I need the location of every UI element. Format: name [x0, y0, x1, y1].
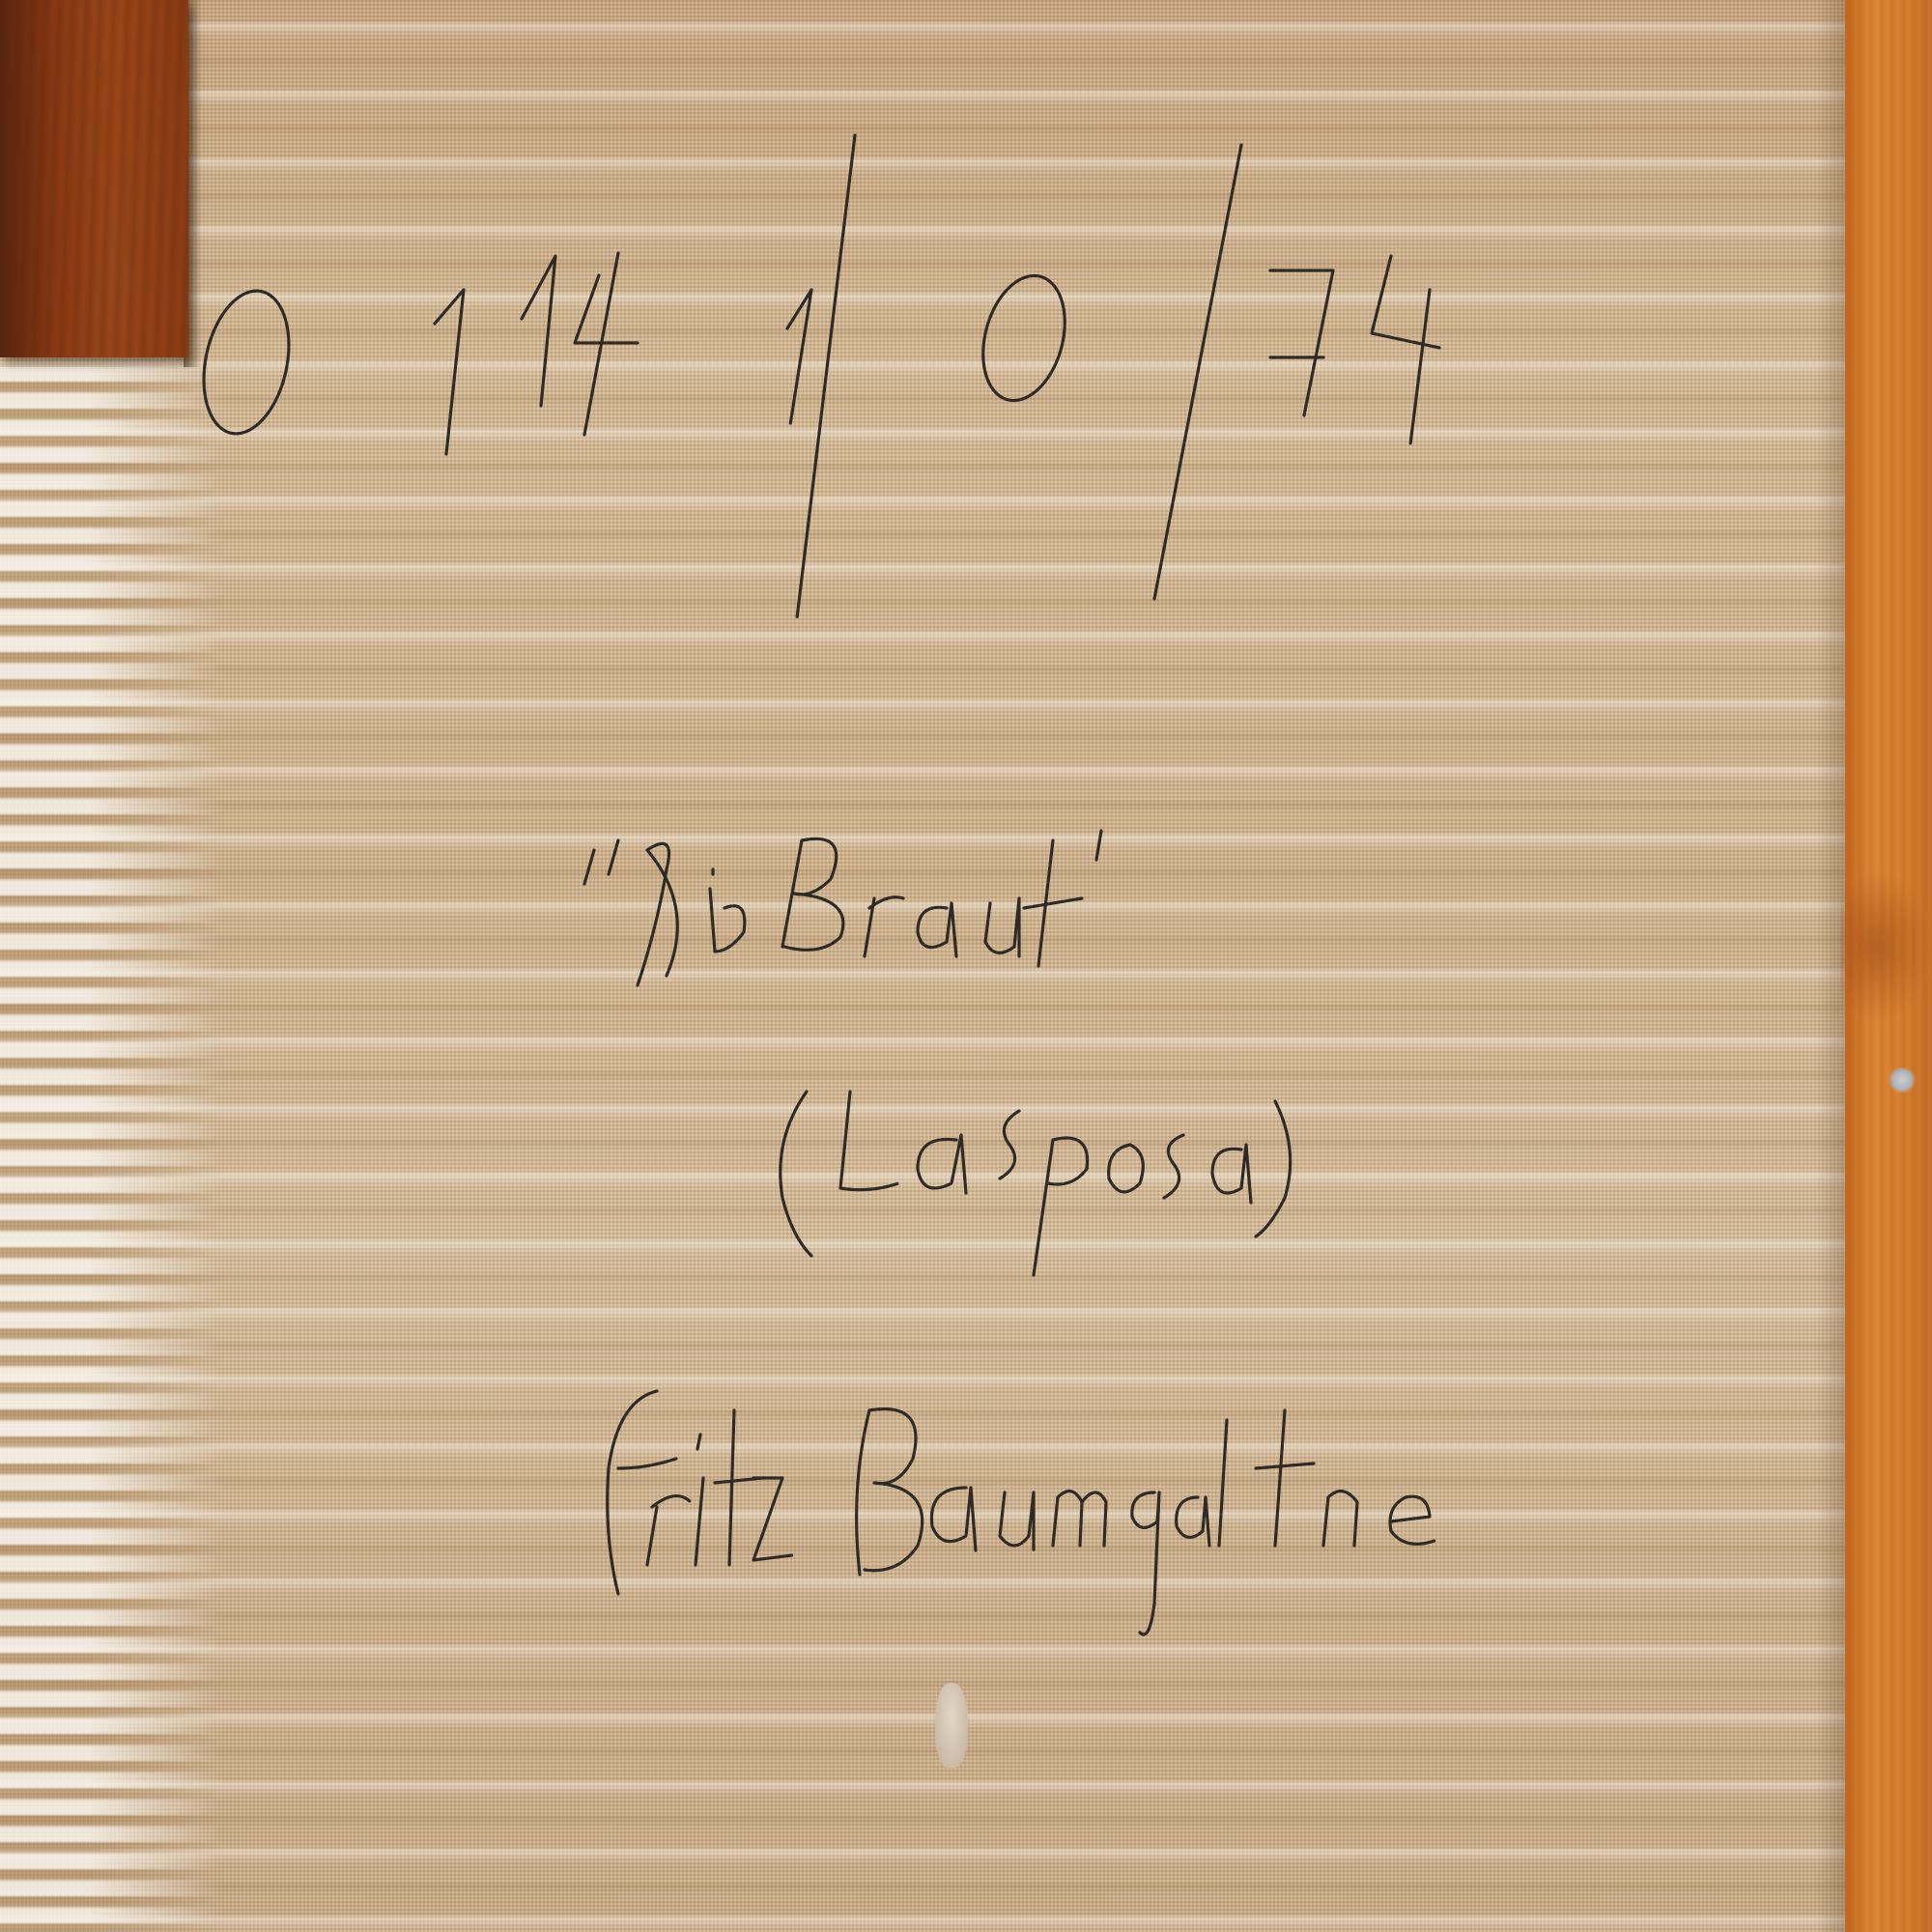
artist-signature: Fritz Baumgartne — [609, 1391, 1654, 1525]
artwork-title: "Die Braut" — [580, 831, 1197, 954]
canvas-back-photo: 0 114/10/74 "Die Braut" (La sposa) Fritz… — [0, 0, 1932, 1932]
artwork-subtitle: (La sposa) — [792, 1092, 1296, 1205]
catalog-number: 0 114/10/74 — [193, 270, 839, 394]
